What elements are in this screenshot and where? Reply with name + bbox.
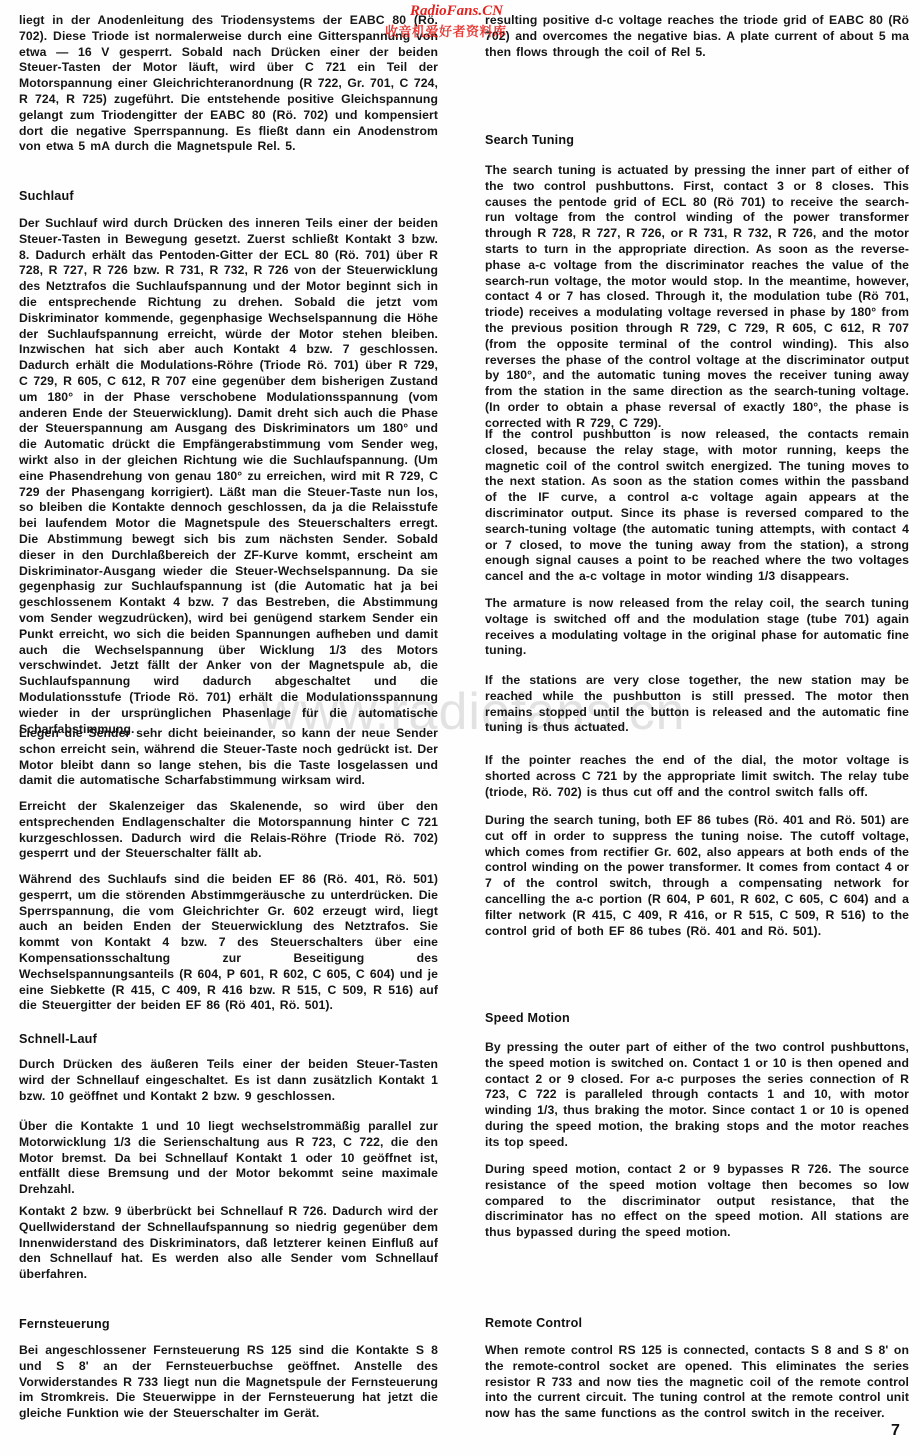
paragraph: During the search tuning, both EF 86 tub… <box>485 813 909 939</box>
paragraph: Der Suchlauf wird durch Drücken des inne… <box>19 216 438 737</box>
paragraph: Bei angeschlossener Fernsteuerung RS 125… <box>19 1343 438 1422</box>
paragraph: If the pointer reaches the end of the di… <box>485 753 909 800</box>
paragraph: If the control pushbutton is now release… <box>485 427 909 585</box>
page-number: 7 <box>891 1422 900 1440</box>
paragraph: Kontakt 2 bzw. 9 überbrückt bei Schnella… <box>19 1204 438 1283</box>
paragraph: Während des Suchlaufs sind die beiden EF… <box>19 872 438 1014</box>
section-heading-suchlauf: Suchlauf <box>19 189 74 203</box>
watermark-radiofans-brand: RadioFans.CN <box>410 3 503 20</box>
paragraph: During speed motion, contact 2 or 9 bypa… <box>485 1162 909 1241</box>
paragraph: Durch Drücken des äußeren Teils einer de… <box>19 1057 438 1104</box>
section-heading-schnell-lauf: Schnell-Lauf <box>19 1032 97 1046</box>
section-heading-search-tuning: Search Tuning <box>485 133 574 147</box>
paragraph: The search tuning is actuated by pressin… <box>485 163 909 432</box>
right-intro-paragraph: resulting positive d-c voltage reaches t… <box>485 13 909 60</box>
paragraph: If the stations are very close together,… <box>485 673 909 736</box>
section-heading-fernsteuerung: Fernsteuerung <box>19 1317 110 1331</box>
paragraph: Liegen die Sender sehr dicht beieinander… <box>19 726 438 789</box>
left-intro-paragraph: liegt in der Anodenleitung des Triodensy… <box>19 13 438 155</box>
scanned-manual-page: www.radiofans.cn RadioFans.CN 收音机爱好者资料库 … <box>0 0 920 1456</box>
watermark-cjk-text: 收音机爱好者资料库 <box>385 21 507 40</box>
paragraph: Über die Kontakte 1 und 10 liegt wechsel… <box>19 1119 438 1198</box>
section-heading-remote-control: Remote Control <box>485 1316 582 1330</box>
paragraph: The armature is now released from the re… <box>485 596 909 659</box>
paragraph: When remote control RS 125 is connected,… <box>485 1343 909 1422</box>
paragraph: Erreicht der Skalenzeiger das Skalenende… <box>19 799 438 862</box>
section-heading-speed-motion: Speed Motion <box>485 1011 570 1025</box>
paragraph: By pressing the outer part of either of … <box>485 1040 909 1151</box>
